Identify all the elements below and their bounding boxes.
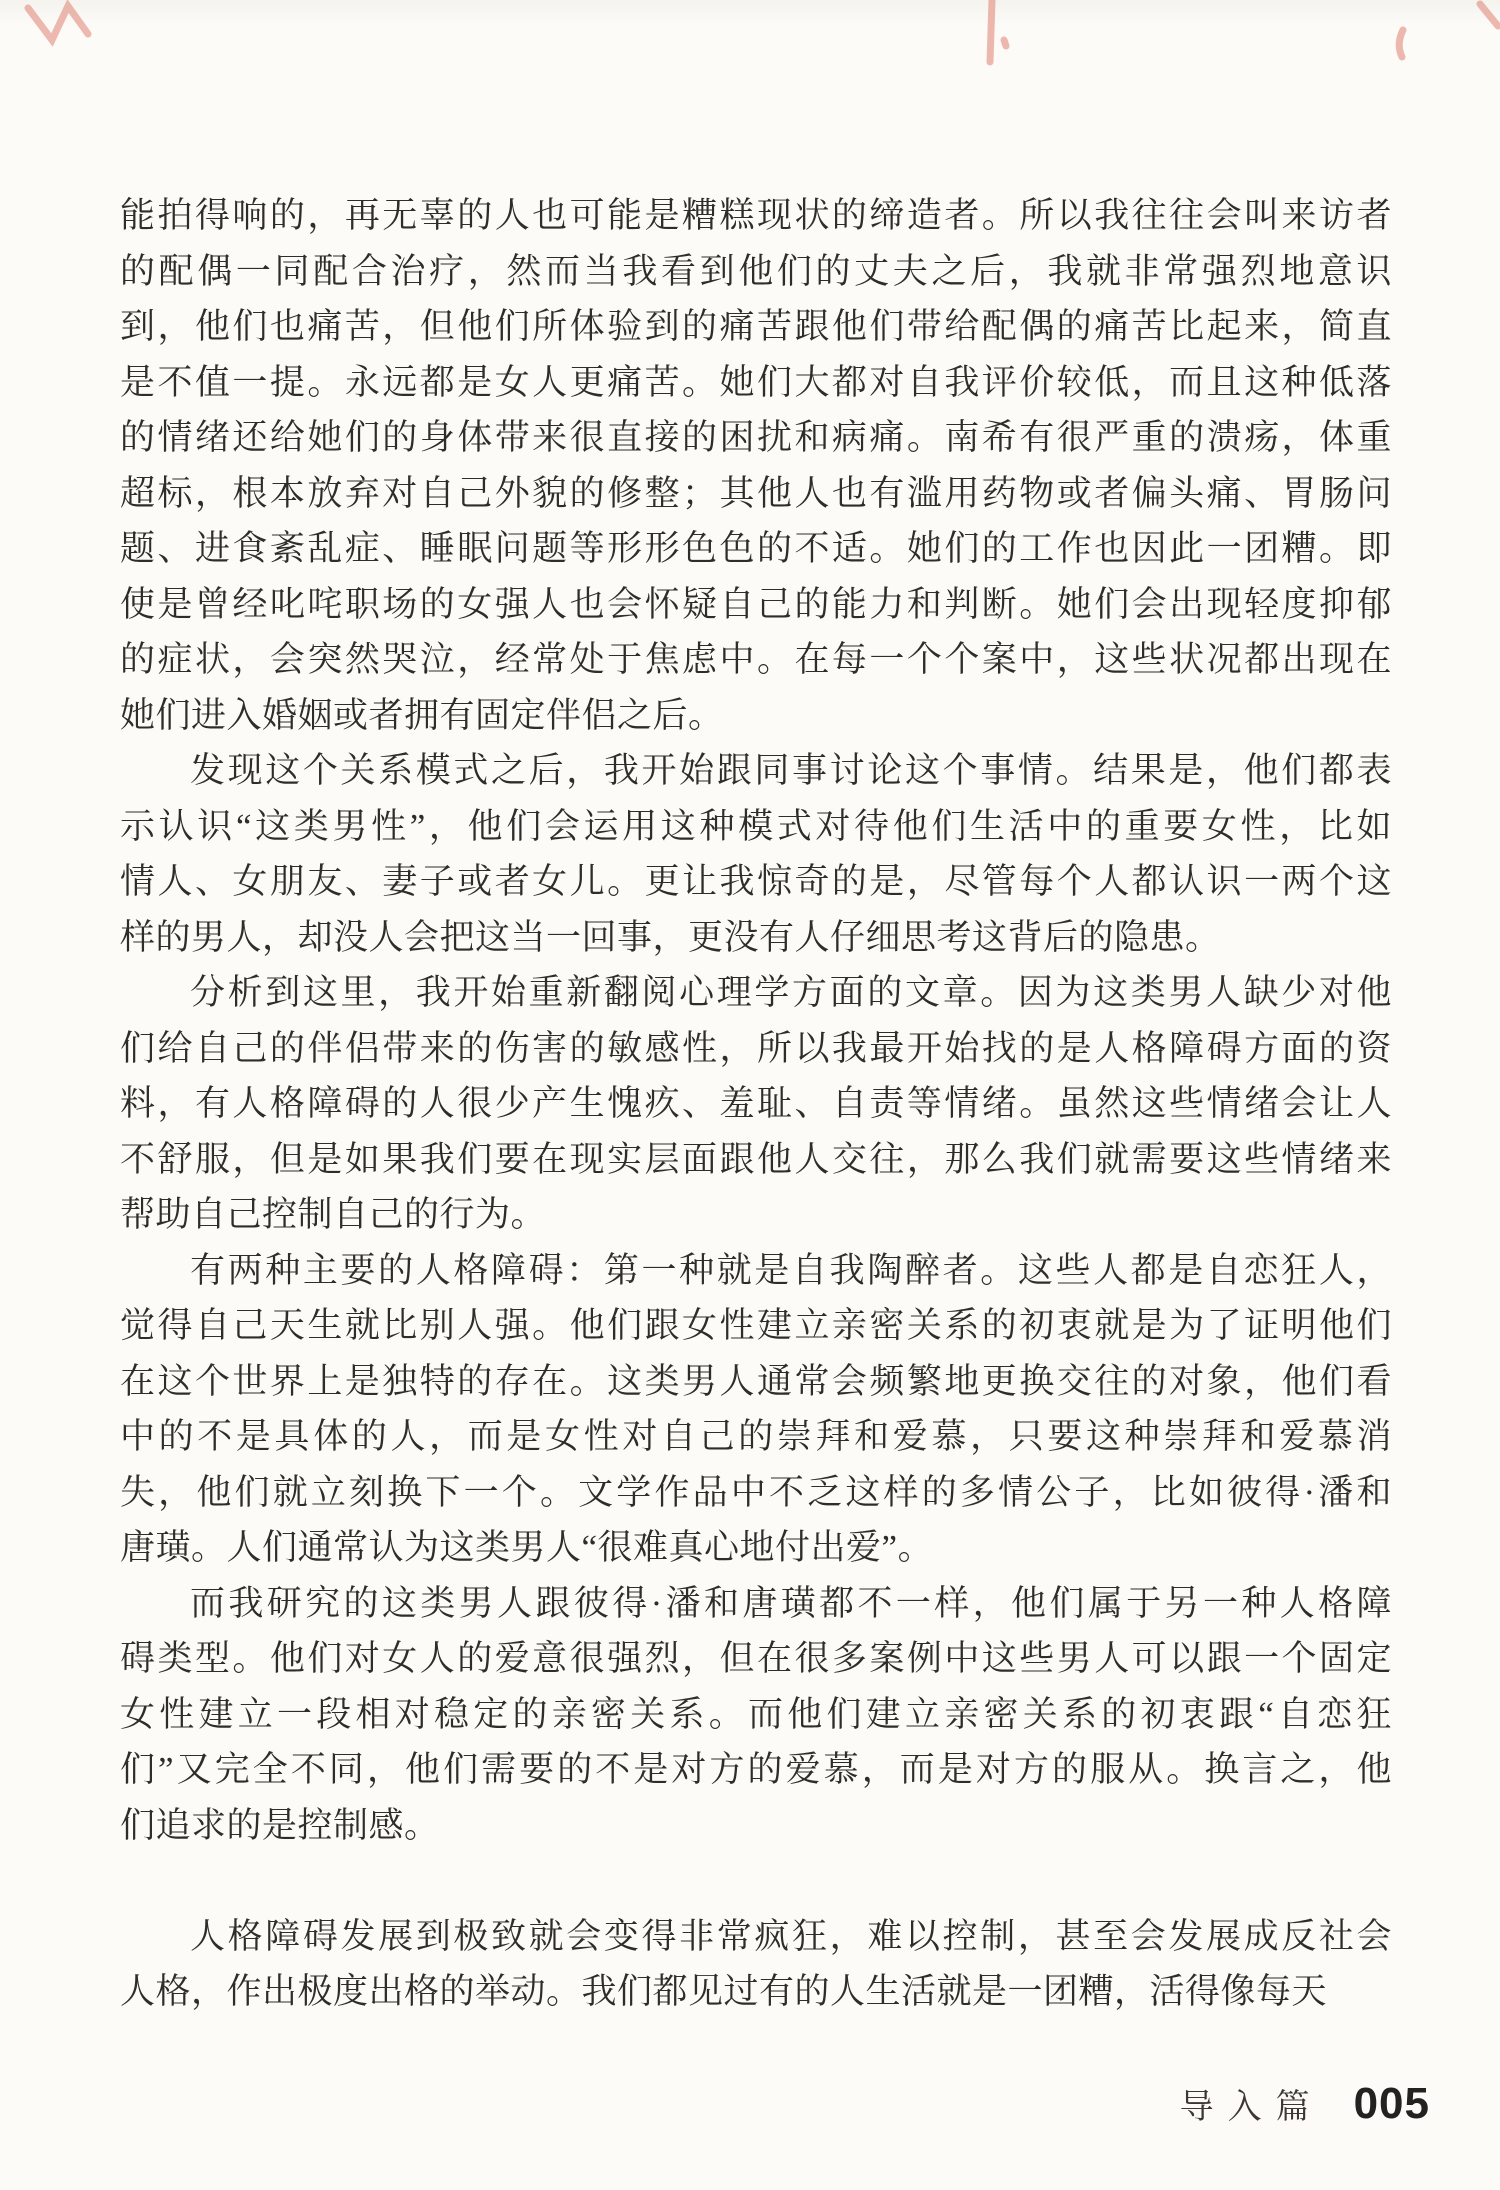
red-corner-top-right-icon [1480, 4, 1498, 26]
text-line: 料，有人格障碍的人很少产生愧疚、羞耻、自责等情绪。虽然这些情绪会让人 [120, 1076, 1392, 1132]
text-line: 到，他们也痛苦，但他们所体验到的痛苦跟他们带给配偶的痛苦比起来，简直 [120, 299, 1392, 355]
text-line: 女性建立一段相对稳定的亲密关系。而他们建立亲密关系的初衷跟“自恋狂 [120, 1687, 1392, 1743]
text-line: 失，他们就立刻换下一个。文学作品中不乏这样的多情公子，比如彼得·潘和 [120, 1465, 1392, 1521]
red-dot-top-middle-icon [1004, 40, 1006, 46]
text-block: 能拍得响的，再无辜的人也可能是糟糕现状的缔造者。所以我往往会叫来访者的配偶一同配… [120, 188, 1392, 2020]
text-line: 情人、女朋友、妻子或者女儿。更让我惊奇的是，尽管每个人都认识一两个这 [120, 854, 1392, 910]
text-line: 不舒服，但是如果我们要在现实层面跟他人交往，那么我们就需要这些情绪来 [120, 1132, 1392, 1188]
text-line: 而我研究的这类男人跟彼得·潘和唐璜都不一样，他们属于另一种人格障 [120, 1576, 1392, 1632]
text-line: 碍类型。他们对女人的爱意很强烈，但在很多案例中这些男人可以跟一个固定 [120, 1631, 1392, 1687]
text-line: 她们进入婚姻或者拥有固定伴侣之后。 [120, 688, 1392, 744]
text-line: 使是曾经叱咤职场的女强人也会怀疑自己的能力和判断。她们会出现轻度抑郁 [120, 577, 1392, 633]
text-line: 超标，根本放弃对自己外貌的修整；其他人也有滥用药物或者偏头痛、胃肠问 [120, 466, 1392, 522]
text-line: 有两种主要的人格障碍：第一种就是自我陶醉者。这些人都是自恋狂人， [120, 1243, 1392, 1299]
text-line: 题、进食紊乱症、睡眠问题等形形色色的不适。她们的工作也因此一团糟。即 [120, 521, 1392, 577]
text-line: 的情绪还给她们的身体带来很直接的困扰和病痛。南希有很严重的溃疡，体重 [120, 410, 1392, 466]
text-line: 的配偶一同配合治疗，然而当我看到他们的丈夫之后，我就非常强烈地意识 [120, 244, 1392, 300]
red-stroke-top-middle-icon [990, 0, 992, 62]
text-line: 人格，作出极度出格的举动。我们都见过有的人生活就是一团糟，活得像每天 [120, 1964, 1392, 2020]
red-hook-top-right-icon [1399, 30, 1403, 57]
text-line: 们”又完全不同，他们需要的不是对方的爱慕，而是对方的服从。换言之，他 [120, 1742, 1392, 1798]
footer-page-number: 005 [1354, 2079, 1430, 2129]
text-line: 分析到这里，我开始重新翻阅心理学方面的文章。因为这类男人缺少对他 [120, 965, 1392, 1021]
text-line: 中的不是具体的人，而是女性对自己的崇拜和爱慕，只要这种崇拜和爱慕消 [120, 1409, 1392, 1465]
text-line: 的症状，会突然哭泣，经常处于焦虑中。在每一个个案中，这些状况都出现在 [120, 632, 1392, 688]
red-pen-marks [0, 0, 1500, 120]
text-line: 人格障碍发展到极致就会变得非常疯狂，难以控制，甚至会发展成反社会 [120, 1909, 1392, 1965]
page-footer: 导入篇 005 [1180, 2079, 1430, 2129]
text-line: 示认识“这类男性”，他们会运用这种模式对待他们生活中的重要女性，比如 [120, 799, 1392, 855]
text-line: 觉得自己天生就比别人强。他们跟女性建立亲密关系的初衷就是为了证明他们 [120, 1298, 1392, 1354]
text-line: 发现这个关系模式之后，我开始跟同事讨论这个事情。结果是，他们都表 [120, 743, 1392, 799]
book-page: 能拍得响的，再无辜的人也可能是糟糕现状的缔造者。所以我往往会叫来访者的配偶一同配… [0, 0, 1500, 2190]
text-line: 是不值一提。永远都是女人更痛苦。她们大都对自我评价较低，而且这种低落 [120, 355, 1392, 411]
text-line: 们追求的是控制感。 [120, 1798, 1392, 1854]
text-line: 在这个世界上是独特的存在。这类男人通常会频繁地更换交往的对象，他们看 [120, 1354, 1392, 1410]
paragraph-gap [120, 1853, 1392, 1909]
text-line: 唐璜。人们通常认为这类男人“很难真心地付出爱”。 [120, 1520, 1392, 1576]
text-line: 能拍得响的，再无辜的人也可能是糟糕现状的缔造者。所以我往往会叫来访者 [120, 188, 1392, 244]
text-line: 帮助自己控制自己的行为。 [120, 1187, 1392, 1243]
text-line: 样的男人，却没人会把这当一回事，更没有人仔细思考这背后的隐患。 [120, 910, 1392, 966]
red-scribble-top-left-icon [28, 6, 88, 40]
text-line: 们给自己的伴侣带来的伤害的敏感性，所以我最开始找的是人格障碍方面的资 [120, 1021, 1392, 1077]
footer-section-label: 导入篇 [1180, 2079, 1324, 2128]
